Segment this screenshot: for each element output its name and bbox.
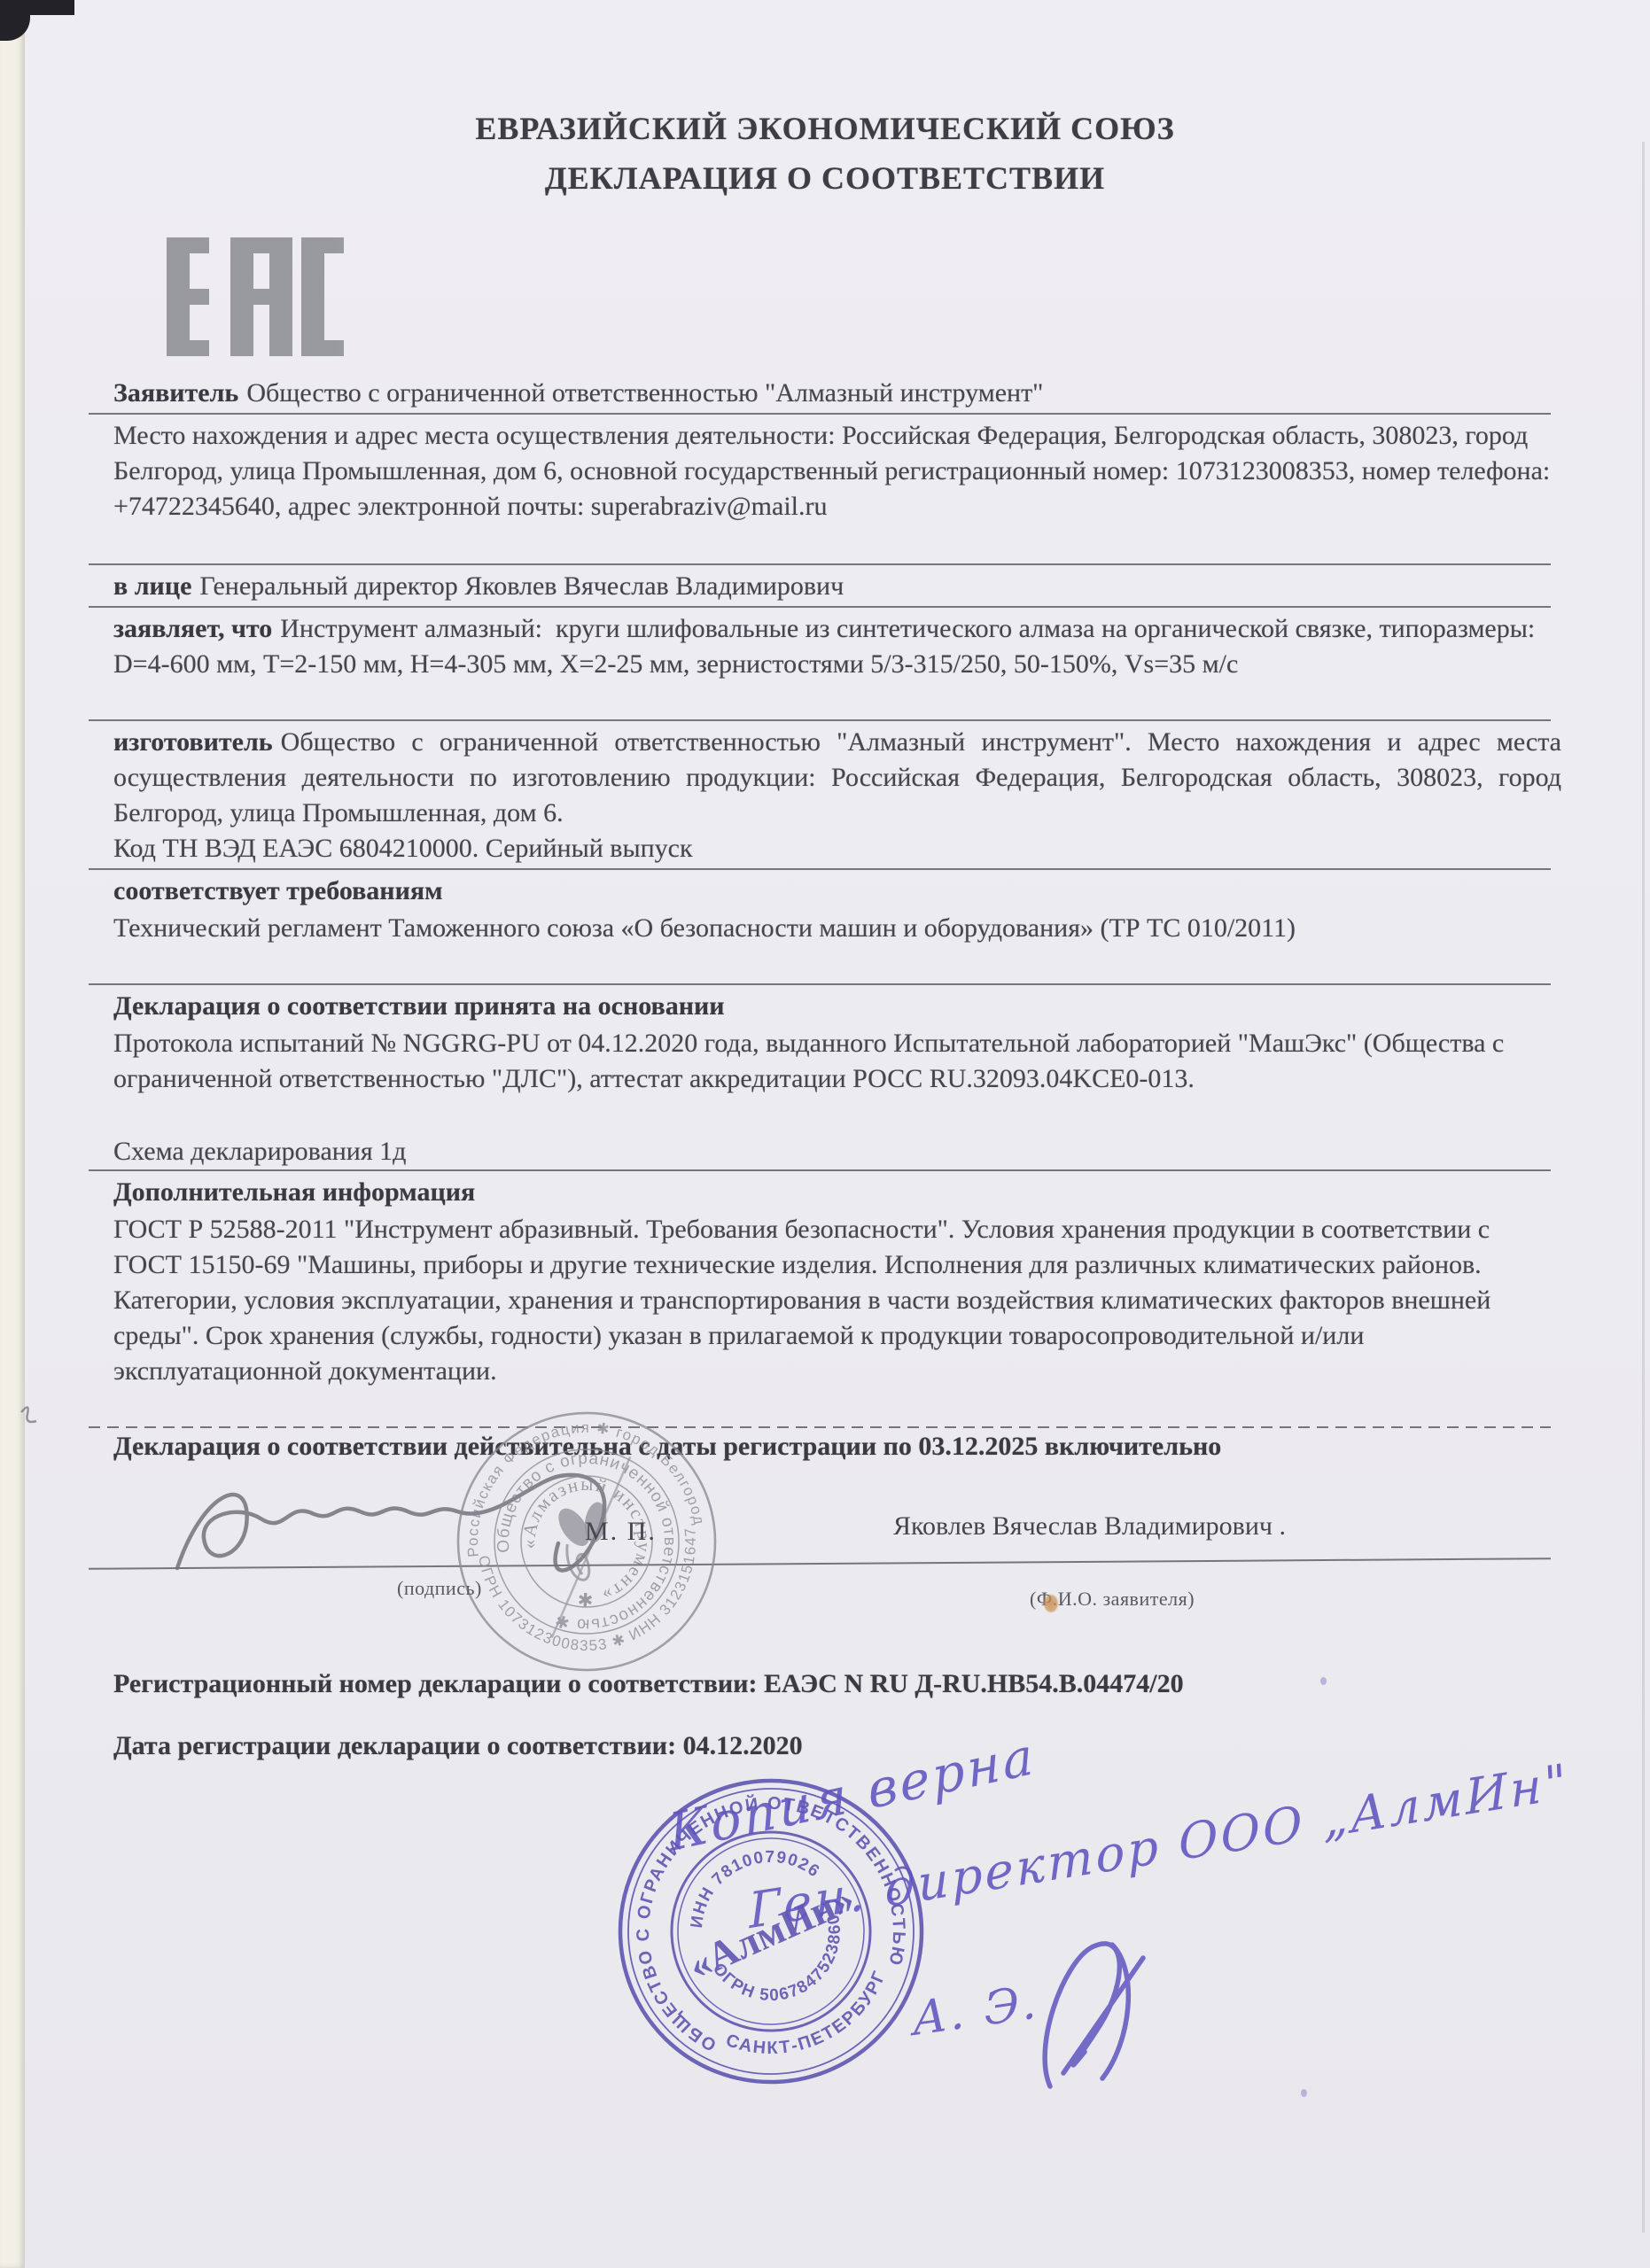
declaration-subject-section: заявляет, чтоИнструмент алмазный: круги …: [113, 611, 1561, 682]
conformity-regulation-text: Технический регламент Таможенного союза …: [113, 911, 1561, 946]
eac-logo-graphic: [167, 237, 344, 356]
declaration-subject-value: Инструмент алмазный: круги шлифовальные …: [113, 614, 1548, 679]
conformity-label-line: соответствует требованиям: [113, 874, 1561, 909]
separator-line: [89, 719, 1551, 721]
declaration-scheme-text: Схема декларирования 1д: [113, 1137, 406, 1166]
signature-caption: (подпись): [397, 1577, 482, 1600]
margin-pen-mark: [14, 1403, 50, 1439]
registration-date-value: 04.12.2020: [683, 1731, 803, 1760]
conformity-value: Технический регламент Таможенного союза …: [113, 913, 1296, 943]
additional-info-label: Дополнительная информация: [113, 1177, 475, 1207]
applicant-address-section: Место нахождения и адрес места осуществл…: [113, 418, 1561, 524]
manufacturer-label: изготовитель: [113, 727, 273, 757]
ink-speck: [1320, 1677, 1327, 1685]
basis-protocol-text: Протокола испытаний № NGGRG-PU от 04.12.…: [113, 1026, 1561, 1097]
registration-number-line: Регистрационный номер декларации о соотв…: [113, 1669, 1602, 1699]
additional-info-label-line: Дополнительная информация: [113, 1175, 1561, 1210]
declaration-subject-label: заявляет, что: [113, 614, 272, 643]
scanner-edge-strip: [0, 0, 25, 2268]
registration-date-line: Дата регистрации декларации о соответств…: [113, 1731, 1602, 1761]
document-title-line2: ДЕКЛАРАЦИЯ О СООТВЕТСТВИИ: [0, 159, 1650, 197]
paper-stain: [1044, 1595, 1058, 1612]
separator-line: [89, 1169, 1551, 1171]
document-title-line1: ЕВРАЗИЙСКИЙ ЭКОНОМИЧЕСКИЙ СОЮЗ: [0, 110, 1650, 147]
applicant-address-text: Место нахождения и адрес места осуществл…: [113, 421, 1557, 521]
conformity-label: соответствует требованиям: [113, 876, 443, 905]
representative-value: Генеральный директор Яковлев Вячеслав Вл…: [199, 571, 844, 601]
additional-info-value: ГОСТ Р 52588-2011 "Инструмент абразивный…: [113, 1215, 1498, 1386]
separator-line: [89, 606, 1551, 608]
applicant-label: Заявитель: [113, 378, 238, 408]
separator-line: [89, 563, 1551, 565]
basis-label: Декларация о соответствии принята на осн…: [113, 991, 725, 1021]
separator-line: [89, 868, 1551, 870]
seal-place-mark: М. П.: [585, 1517, 657, 1547]
eac-logo-icon: ЕАС: [167, 237, 344, 356]
basis-label-line: Декларация о соответствии принята на осн…: [113, 989, 1561, 1024]
tnved-code-line: Код ТН ВЭД ЕАЭС 6804210000. Серийный вып…: [113, 831, 1561, 866]
declaration-scheme-line: Схема декларирования 1д: [113, 1134, 1561, 1169]
scanned-declaration-document: ЕВРАЗИЙСКИЙ ЭКОНОМИЧЕСКИЙ СОЮЗ ДЕКЛАРАЦИ…: [0, 0, 1650, 2268]
ink-speck: [1301, 2089, 1307, 2097]
additional-info-text-block: ГОСТ Р 52588-2011 "Инструмент абразивный…: [113, 1212, 1561, 1389]
dashed-separator-line: [89, 1426, 1551, 1428]
applicant-section: ЗаявительОбщество с ограниченной ответст…: [113, 376, 1561, 411]
registration-number-value: ЕАЭС N RU Д-RU.НВ54.В.04474/20: [764, 1669, 1184, 1698]
scan-corner-artifact-2: [0, 11, 30, 41]
basis-value: Протокола испытаний № NGGRG-PU от 04.12.…: [113, 1029, 1511, 1093]
manufacturer-value: Общество с ограниченной ответственностью…: [113, 727, 1561, 827]
scan-right-edge-line: [1642, 142, 1645, 2233]
tnved-code-text: Код ТН ВЭД ЕАЭС 6804210000. Серийный вып…: [113, 834, 693, 863]
separator-line: [89, 983, 1551, 985]
representative-label: в лице: [113, 571, 191, 601]
registration-date-label: Дата регистрации декларации о соответств…: [113, 1731, 676, 1760]
separator-line: [89, 413, 1551, 415]
registration-number-label: Регистрационный номер декларации о соотв…: [113, 1669, 758, 1698]
representative-section: в лицеГенеральный директор Яковлев Вячес…: [113, 569, 1561, 604]
applicant-value: Общество с ограниченной ответственностью…: [246, 378, 1043, 408]
manufacturer-section: изготовительОбщество с ограниченной отве…: [113, 725, 1561, 831]
handwritten-signature-flourish: [1010, 1922, 1187, 2100]
declarant-name: Яковлев Вячеслав Владимирович .: [893, 1511, 1286, 1542]
